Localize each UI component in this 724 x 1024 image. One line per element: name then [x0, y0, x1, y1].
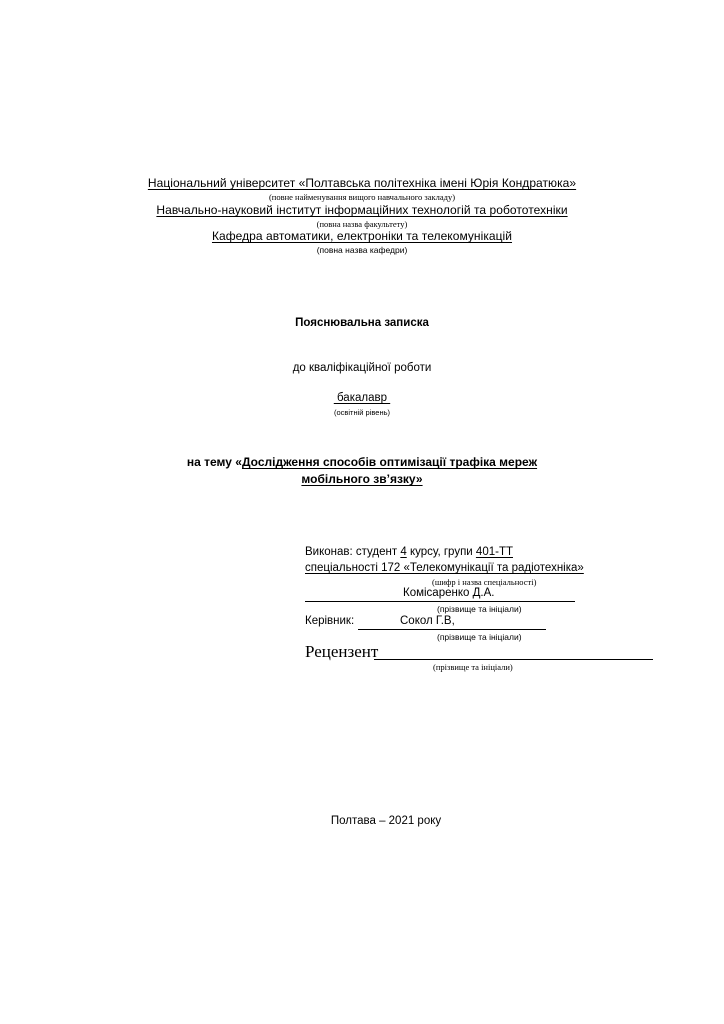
specialty-hint: (шифр і назва спеціальності) — [432, 577, 536, 587]
institute-name: Навчально-науковий інститут інформаційни… — [0, 203, 724, 217]
reviewer-label: Рецензент — [305, 642, 378, 662]
university-hint: (повне найменування вищого навчального з… — [0, 192, 724, 202]
university-name: Національний університет «Полтавська пол… — [0, 176, 724, 190]
supervisor-label: Керівник: — [305, 615, 354, 627]
topic-line-1: на тему «Дослідження способів оптимізаці… — [0, 455, 724, 469]
education-level-value: бакалавр — [334, 392, 390, 404]
city-year: Полтава – 2021 року — [0, 815, 724, 827]
institute-hint: (повна назва факультету) — [0, 219, 724, 229]
specialty: спеціальності 172 «Телекомунікації та ра… — [305, 562, 584, 574]
supervisor-signature-line — [358, 629, 546, 630]
student-hint: (прізвище та ініціали) — [437, 604, 522, 614]
reviewer-hint: (прізвище та ініціали) — [433, 662, 513, 672]
document-title: Пояснювальна записка — [0, 317, 724, 329]
student-name: Комісаренко Д.А. — [403, 587, 494, 599]
topic-text-2: мобільного зв’язку» — [301, 472, 422, 486]
group-number: 401-ТТ — [476, 546, 513, 558]
student-signature-line — [305, 601, 575, 602]
education-level-hint: (освітній рівень) — [0, 408, 724, 417]
education-level: бакалавр — [0, 392, 724, 404]
topic-text-1: Дослідження способів оптимізації трафіка… — [242, 455, 537, 469]
supervisor-name: Сокол Г.В, — [400, 615, 455, 627]
department-hint: (повна назва кафедри) — [0, 245, 724, 255]
supervisor-hint: (прізвище та ініціали) — [437, 632, 522, 642]
topic-prefix: на тему « — [187, 455, 242, 469]
topic-line-2: мобільного зв’язку» — [0, 472, 724, 486]
document-subtitle: до кваліфікаційної роботи — [0, 362, 724, 374]
reviewer-signature-line — [374, 659, 653, 660]
performed-by: Виконав: студент 4 курсу, групи 401-ТТ — [305, 546, 513, 558]
department-name: Кафедра автоматики, електроніки та телек… — [0, 229, 724, 243]
